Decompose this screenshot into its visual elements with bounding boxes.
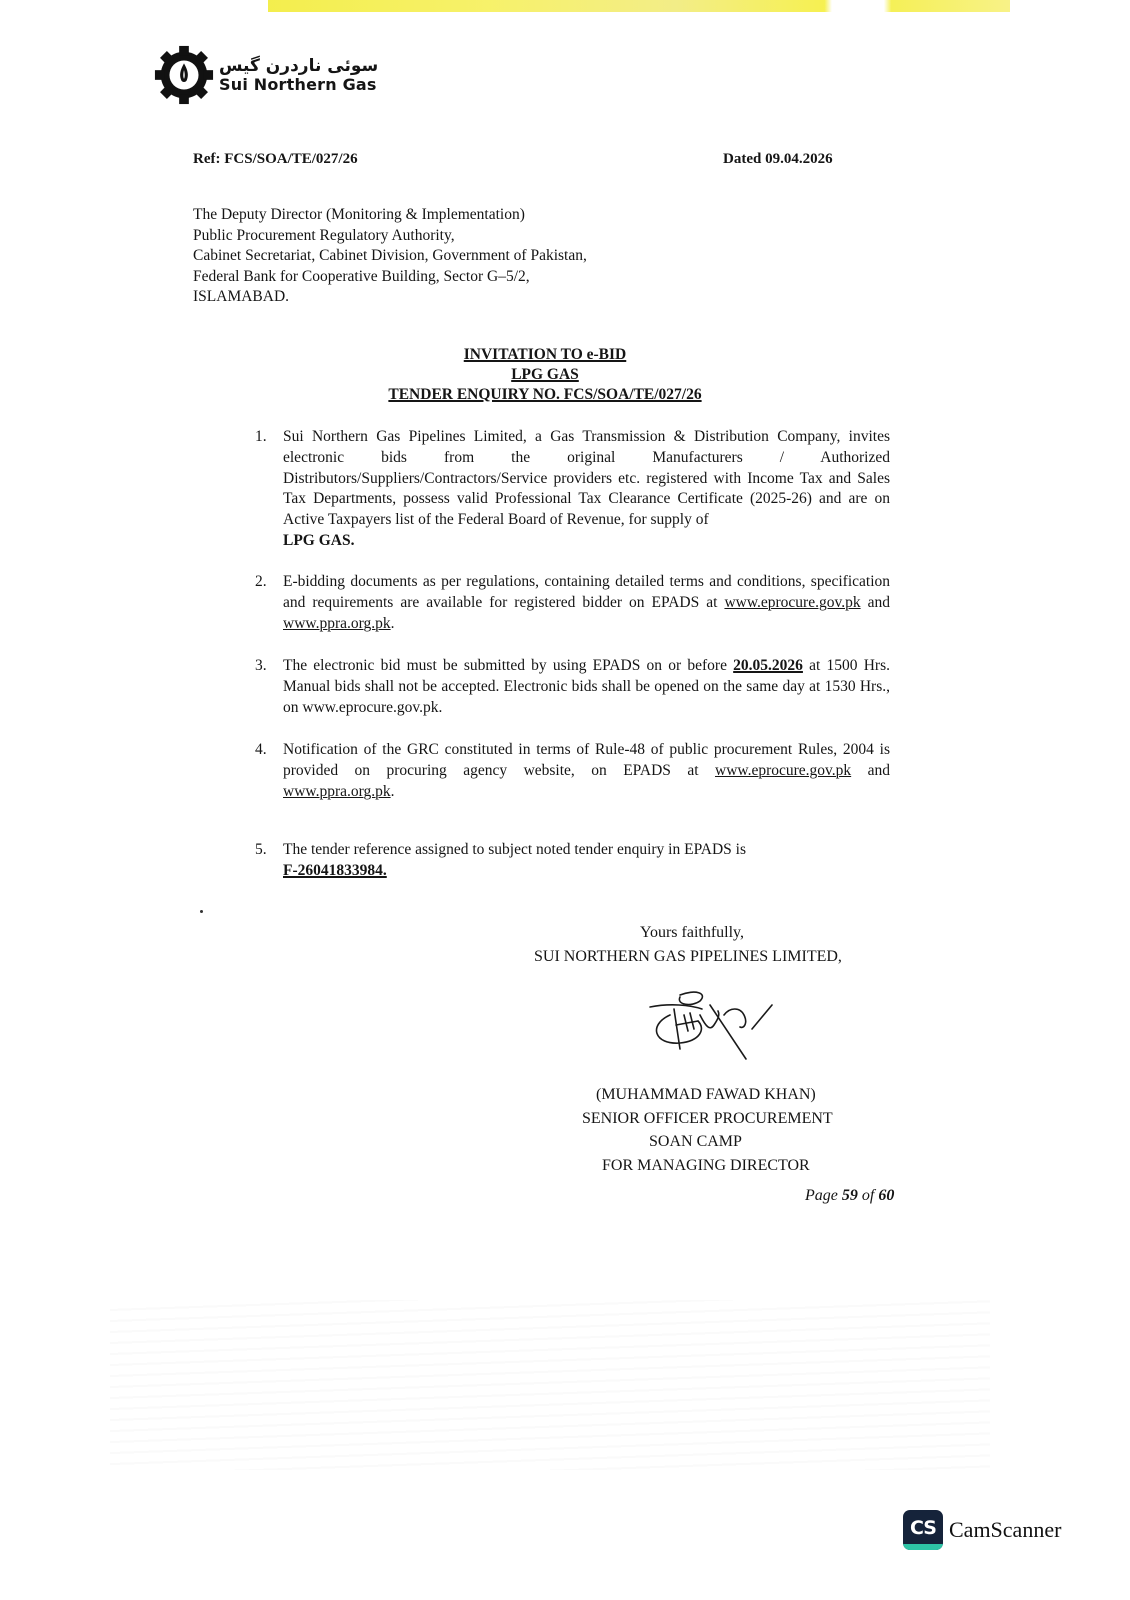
page-number: Page 59 of 60 <box>805 1187 894 1205</box>
paragraph-text: and <box>861 594 890 611</box>
paragraph-number: 2. <box>255 572 283 634</box>
item-name: LPG GAS. <box>283 532 354 549</box>
paragraph-4: 4. Notification of the GRC constituted i… <box>255 740 890 802</box>
letter-date: Dated 09.04.2026 <box>723 151 833 168</box>
paragraph-number: 4. <box>255 740 283 802</box>
camscanner-badge-text: CS <box>910 1517 936 1539</box>
page-current: 59 <box>842 1187 858 1204</box>
address-line: Federal Bank for Cooperative Building, S… <box>193 267 587 288</box>
gear-flame-icon <box>153 44 215 106</box>
ppra-link[interactable]: www.ppra.org.pk <box>283 615 391 632</box>
submission-deadline: 20.05.2026 <box>733 657 803 674</box>
subject-heading: INVITATION TO e-BID LPG GAS TENDER ENQUI… <box>340 345 750 405</box>
ppra-link[interactable]: www.ppra.org.pk <box>283 783 391 800</box>
page-of: of <box>858 1187 878 1204</box>
camscanner-watermark: CS CamScanner <box>903 1510 1061 1550</box>
page-total: 60 <box>878 1187 894 1204</box>
scan-speck <box>200 910 203 913</box>
bleed-through-noise <box>110 1300 990 1470</box>
paragraph-text: Sui Northern Gas Pipelines Limited, a Ga… <box>283 428 890 528</box>
company-logo: سوئی ناردرن گیس Sui Northern Gas <box>153 44 378 106</box>
closing-company: SUI NORTHERN GAS PIPELINES LIMITED, <box>534 948 842 966</box>
logo-english-text: Sui Northern Gas <box>219 77 378 93</box>
paragraph-5: 5. The tender reference assigned to subj… <box>255 840 890 882</box>
paragraph-text: and <box>851 762 890 779</box>
logo-urdu-text: سوئی ناردرن گیس <box>219 58 378 75</box>
address-line: ISLAMABAD. <box>193 287 587 308</box>
signatory-name: (MUHAMMAD FAWAD KHAN) <box>580 1083 856 1107</box>
subject-line-3: TENDER ENQUIRY NO. FCS/SOA/TE/027/26 <box>388 386 701 403</box>
eprocure-link[interactable]: www.eprocure.gov.pk <box>724 594 860 611</box>
paragraph-number: 1. <box>255 427 283 552</box>
paragraph-number: 3. <box>255 656 283 718</box>
camscanner-name: CamScanner <box>949 1517 1061 1543</box>
paragraph-2: 2. E-bidding documents as per regulation… <box>255 572 890 634</box>
paragraph-number: 5. <box>255 840 283 882</box>
camscanner-logo-icon: CS <box>903 1510 943 1550</box>
paragraph-3: 3. The electronic bid must be submitted … <box>255 656 890 718</box>
page-label: Page <box>805 1187 842 1204</box>
paragraph-text: The electronic bid must be submitted by … <box>283 657 733 674</box>
signatory-title: SENIOR OFFICER PROCUREMENT <box>580 1107 856 1131</box>
epads-tender-reference: F-26041833984. <box>283 862 387 879</box>
paragraph-text: The tender reference assigned to subject… <box>283 841 746 858</box>
recipient-address: The Deputy Director (Monitoring & Implem… <box>193 205 587 308</box>
signature <box>640 985 790 1065</box>
address-line: The Deputy Director (Monitoring & Implem… <box>193 205 587 226</box>
paragraph-text: . <box>391 783 395 800</box>
eprocure-link[interactable]: www.eprocure.gov.pk <box>715 762 851 779</box>
signatory-department: SOAN CAMP <box>580 1130 856 1154</box>
subject-line-1: INVITATION TO e-BID <box>464 346 627 363</box>
closing-salutation: Yours faithfully, <box>640 924 744 942</box>
address-line: Public Procurement Regulatory Authority, <box>193 226 587 247</box>
address-line: Cabinet Secretariat, Cabinet Division, G… <box>193 246 587 267</box>
paragraph-text: . <box>391 615 395 632</box>
reference-number: Ref: FCS/SOA/TE/027/26 <box>193 151 358 168</box>
signatory-block: (MUHAMMAD FAWAD KHAN) SENIOR OFFICER PRO… <box>580 1083 856 1177</box>
subject-line-2: LPG GAS <box>511 366 579 383</box>
paragraph-1: 1. Sui Northern Gas Pipelines Limited, a… <box>255 427 890 552</box>
signatory-on-behalf: FOR MANAGING DIRECTOR <box>580 1154 856 1178</box>
highlighter-mark <box>268 0 1010 12</box>
